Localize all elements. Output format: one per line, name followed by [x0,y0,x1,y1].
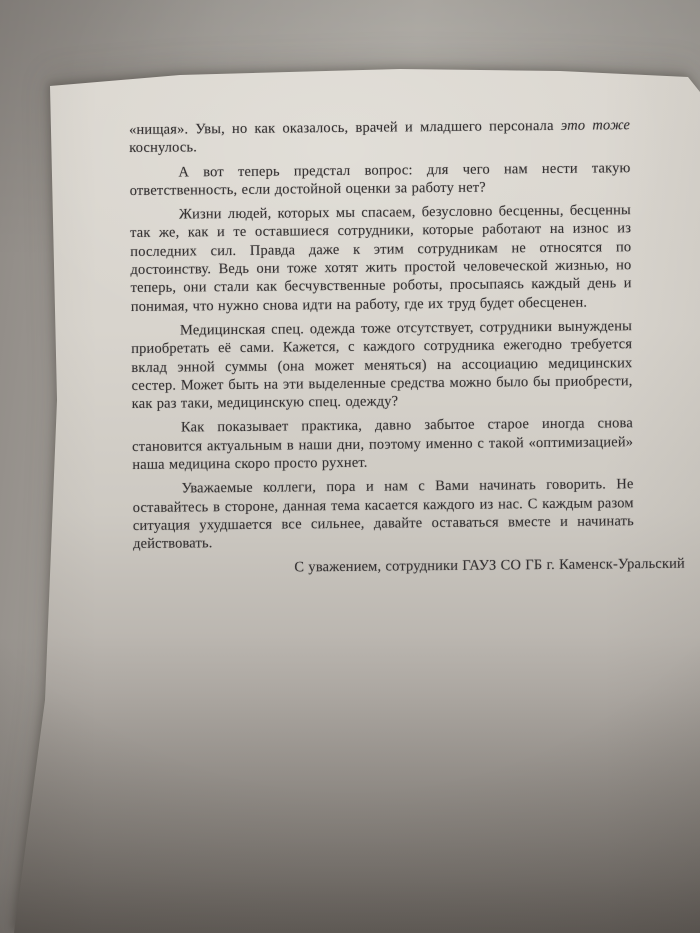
paper-sheet: «нищая». Увы, но как оказалось, врачей и… [0,0,700,933]
paragraph: Медицинская спец. одежда тоже отсутствуе… [131,317,633,413]
paragraph: А вот теперь предстал вопрос: для чего н… [129,159,630,200]
paragraph: «нищая». Увы, но как оказалось, врачей и… [129,116,630,157]
paragraph-text: «нищая». Увы, но как оказалось, врачей и… [129,118,561,138]
signature-line: С уважением, сотрудники ГАУЗ СО ГБ г. Ка… [133,555,634,578]
photo-background: «нищая». Увы, но как оказалось, врачей и… [0,0,700,933]
paragraph: Уважаемые коллеги, пора и нам с Вами нач… [132,476,634,554]
paper-sheet-shadow: «нищая». Увы, но как оказалось, врачей и… [0,0,700,933]
letter-body: «нищая». Увы, но как оказалось, врачей и… [129,116,634,584]
paragraph-text: коснулось. [129,140,197,157]
italic-phrase: это тоже [561,117,630,134]
paragraph: Жизни людей, которых мы спасаем, безусло… [130,201,632,316]
paragraph: Как показывает практика, давно забытое с… [132,415,634,475]
